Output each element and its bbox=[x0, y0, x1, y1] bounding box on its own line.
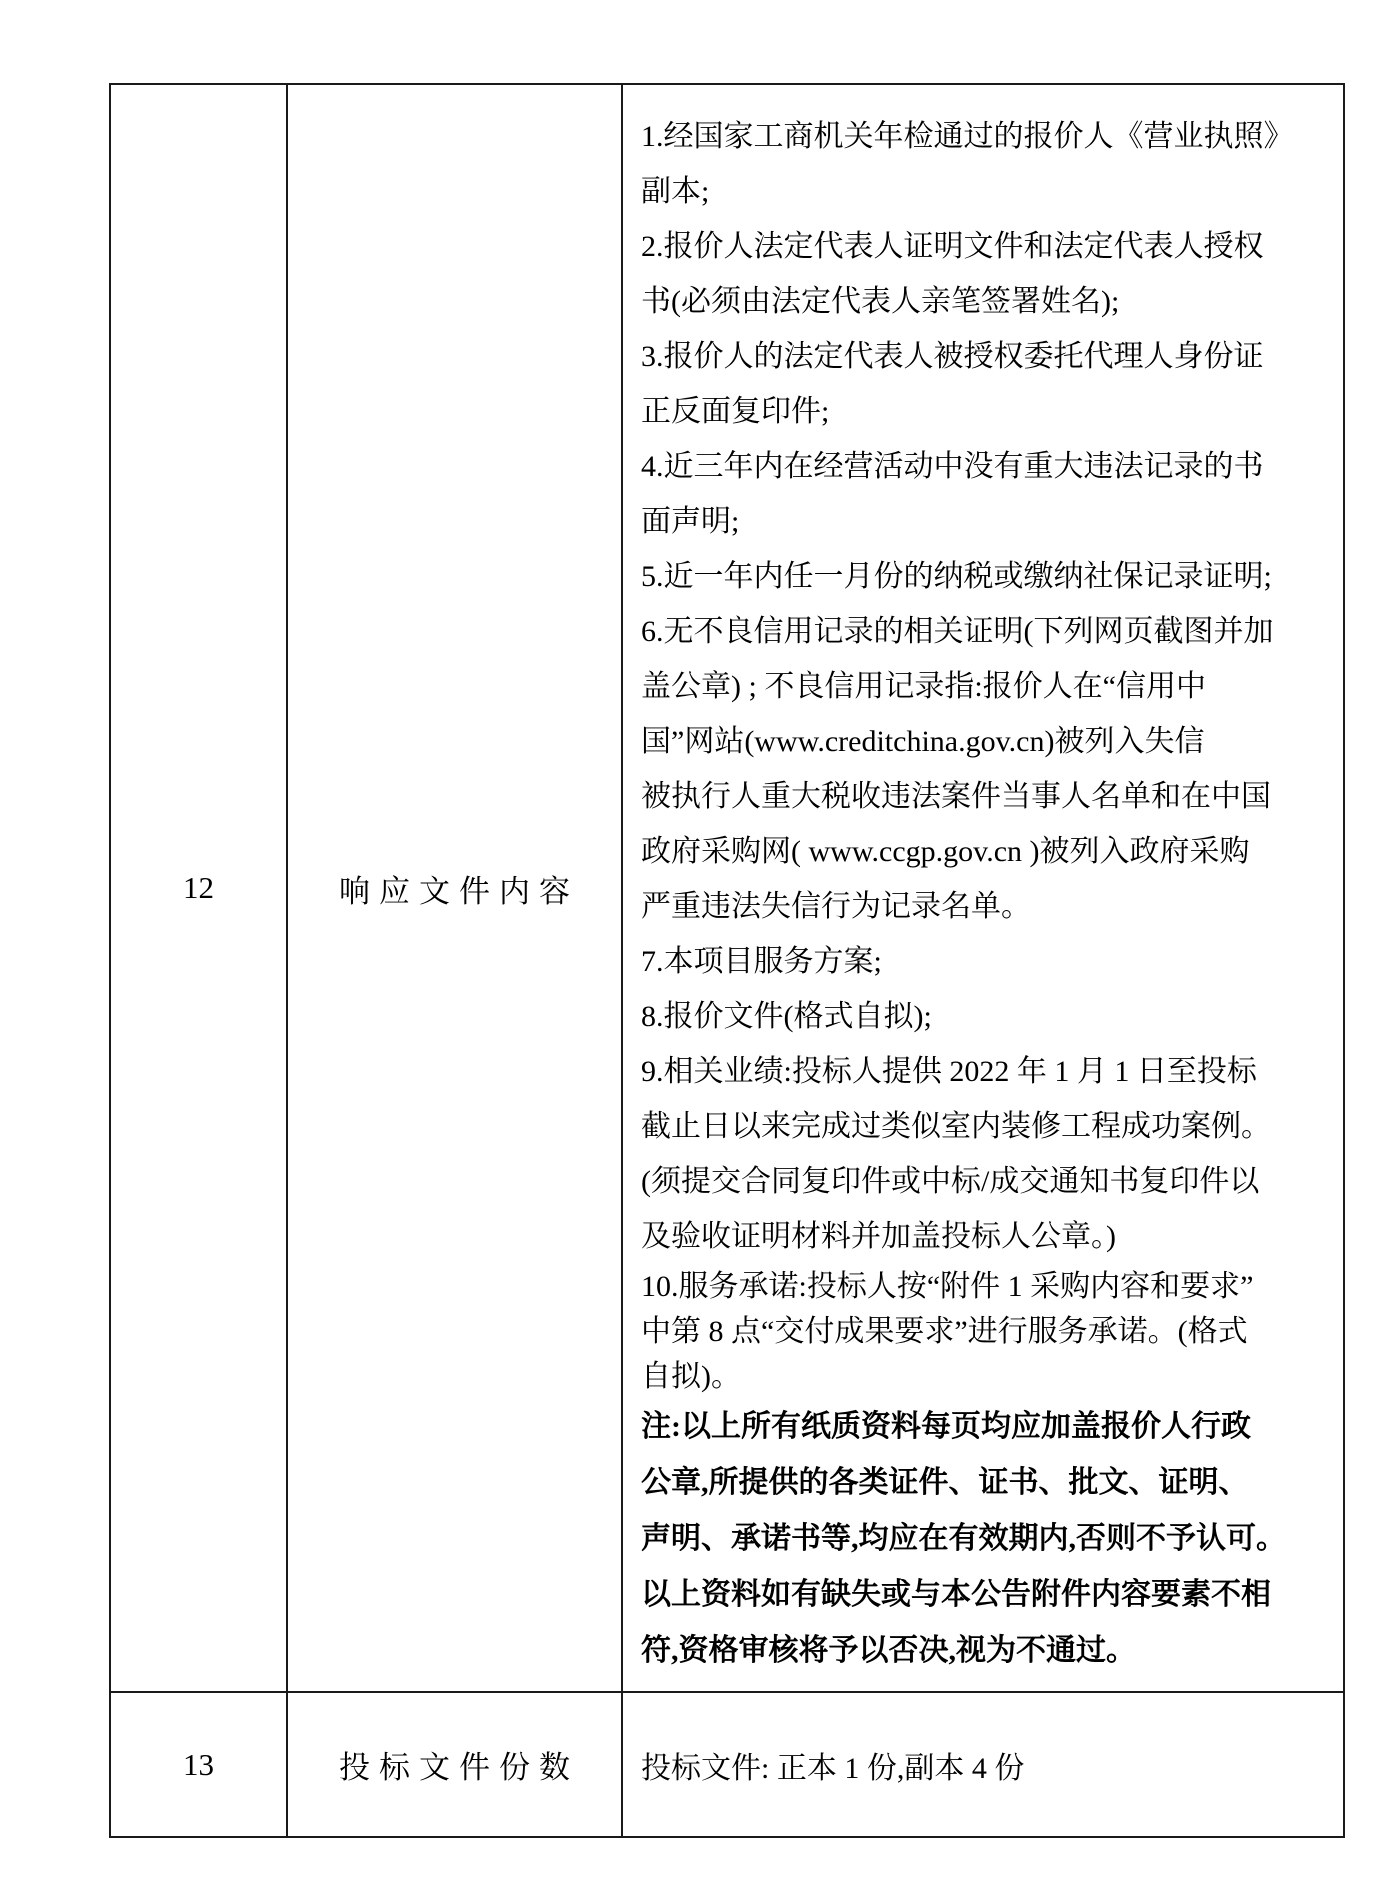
content-line: 政府采购网( www.ccgp.gov.cn )被列入政府采购 bbox=[641, 824, 1339, 879]
table-row-12: 12 响应文件内容 1.经国家工商机关年检通过的报价人《营业执照》副本;2.报价… bbox=[110, 84, 1344, 1692]
content-line: 3.报价人的法定代表人被授权委托代理人身份证 bbox=[641, 329, 1339, 384]
content-line: 9.相关业绩:投标人提供 2022 年 1 月 1 日至投标 bbox=[641, 1044, 1339, 1099]
content-line: 4.近三年内在经营活动中没有重大违法记录的书 bbox=[641, 439, 1339, 494]
content-line: 6.无不良信用记录的相关证明(下列网页截图并加 bbox=[641, 604, 1339, 659]
content-line: 5.近一年内任一月份的纳税或缴纳社保记录证明; bbox=[641, 549, 1339, 604]
content-line: 注:以上所有纸质资料每页均应加盖报价人行政 bbox=[641, 1399, 1339, 1455]
content-line: 以上资料如有缺失或与本公告附件内容要素不相 bbox=[641, 1567, 1339, 1623]
content-line: 声明、承诺书等,均应在有效期内,否则不予认可。 bbox=[641, 1511, 1339, 1567]
table-row-13: 13 投标文件份数 投标文件: 正本 1 份,副本 4 份 bbox=[110, 1692, 1344, 1837]
content-lines: 1.经国家工商机关年检通过的报价人《营业执照》副本;2.报价人法定代表人证明文件… bbox=[641, 109, 1339, 1679]
content-line: 10.服务承诺:投标人按“附件 1 采购内容和要求” bbox=[641, 1264, 1339, 1309]
content-line: 被执行人重大税收违法案件当事人名单和在中国 bbox=[641, 769, 1339, 824]
row-12-label: 响应文件内容 bbox=[287, 84, 622, 1692]
row-12-number: 12 bbox=[110, 84, 287, 1692]
content-line: 盖公章) ; 不良信用记录指:报价人在“信用中 bbox=[641, 659, 1339, 714]
content-line: 正反面复印件; bbox=[641, 384, 1339, 439]
content-line: 公章,所提供的各类证件、证书、批文、证明、 bbox=[641, 1455, 1339, 1511]
content-line: 1.经国家工商机关年检通过的报价人《营业执照》 bbox=[641, 109, 1339, 164]
row-13-content: 投标文件: 正本 1 份,副本 4 份 bbox=[622, 1692, 1344, 1837]
row-13-number: 13 bbox=[110, 1692, 287, 1837]
content-line: 符,资格审核将予以否决,视为不通过。 bbox=[641, 1623, 1339, 1679]
content-line: 面声明; bbox=[641, 494, 1339, 549]
content-line: 及验收证明材料并加盖投标人公章。) bbox=[641, 1209, 1339, 1264]
content-line: 严重违法失信行为记录名单。 bbox=[641, 879, 1339, 934]
row-12-content-cell: 1.经国家工商机关年检通过的报价人《营业执照》副本;2.报价人法定代表人证明文件… bbox=[622, 84, 1344, 1692]
tender-requirements-table: 12 响应文件内容 1.经国家工商机关年检通过的报价人《营业执照》副本;2.报价… bbox=[109, 83, 1345, 1838]
content-line: 截止日以来完成过类似室内装修工程成功案例。 bbox=[641, 1099, 1339, 1154]
content-line: (须提交合同复印件或中标/成交通知书复印件以 bbox=[641, 1154, 1339, 1209]
content-line: 副本; bbox=[641, 164, 1339, 219]
content-line: 书(必须由法定代表人亲笔签署姓名); bbox=[641, 274, 1339, 329]
content-line: 2.报价人法定代表人证明文件和法定代表人授权 bbox=[641, 219, 1339, 274]
content-line: 国”网站(www.creditchina.gov.cn)被列入失信 bbox=[641, 714, 1339, 769]
content-line: 自拟)。 bbox=[641, 1354, 1339, 1399]
content-line: 中第 8 点“交付成果要求”进行服务承诺。(格式 bbox=[641, 1309, 1339, 1354]
row-13-label: 投标文件份数 bbox=[287, 1692, 622, 1837]
content-line: 8.报价文件(格式自拟); bbox=[641, 989, 1339, 1044]
content-line: 7.本项目服务方案; bbox=[641, 934, 1339, 989]
document-page: 12 响应文件内容 1.经国家工商机关年检通过的报价人《营业执照》副本;2.报价… bbox=[0, 0, 1400, 1885]
